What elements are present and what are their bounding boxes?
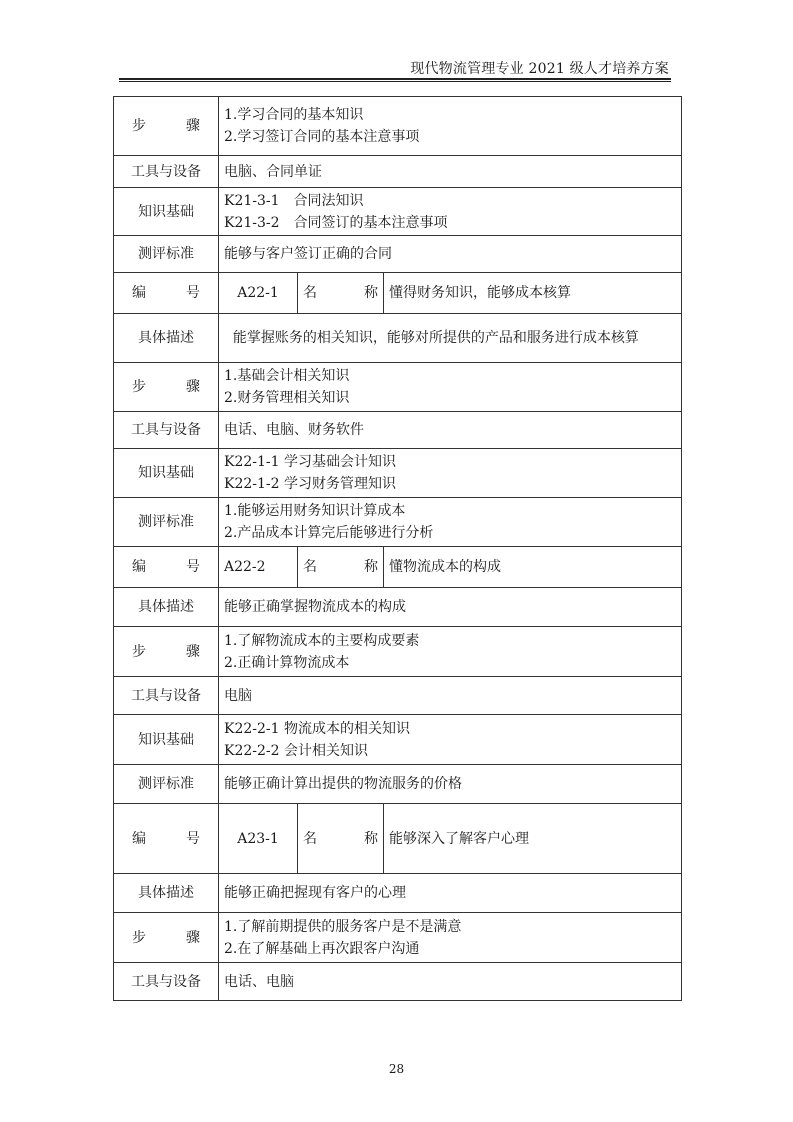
item-code: A23-1: [219, 804, 298, 874]
row-value: 能够与客户签订正确的合同: [219, 236, 682, 273]
table-row: 测评标准能够正确计算出提供的物流服务的价格: [114, 765, 682, 804]
value-line: K22-1-1 学习基础会计知识: [224, 451, 676, 473]
value-line: 2.财务管理相关知识: [224, 387, 676, 409]
table-row: 具体描述能够正确把握现有客户的心理: [114, 874, 682, 913]
row-value: 电话、电脑: [219, 963, 682, 1001]
row-value: 1.学习合同的基本知识2.学习签订合同的基本注意事项: [219, 97, 682, 156]
row-label: 编 号: [114, 547, 219, 588]
row-label: 测评标准: [114, 236, 219, 273]
row-label: 工具与设备: [114, 677, 219, 715]
value-line: 能掌握账务的相关知识，能够对所提供的产品和服务进行成本核算: [224, 327, 676, 349]
value-line: K21-3-1 合同法知识: [224, 190, 676, 212]
value-line: 电脑: [224, 685, 676, 707]
value-line: 2.正确计算物流成本: [224, 652, 676, 674]
value-line: K22-2-1 物流成本的相关知识: [224, 718, 676, 740]
item-name: 懂物流成本的构成: [384, 547, 682, 588]
item-code: A22-2: [219, 547, 298, 588]
row-value: 1.基础会计相关知识2.财务管理相关知识: [219, 363, 682, 412]
row-label: 测评标准: [114, 765, 219, 804]
table-row: 知识基础K21-3-1 合同法知识K21-3-2 合同签订的基本注意事项: [114, 188, 682, 236]
table-row: 具体描述能够正确掌握物流成本的构成: [114, 588, 682, 627]
name-label: 名 称: [298, 804, 384, 874]
row-label: 知识基础: [114, 188, 219, 236]
table-row: 知识基础K22-2-1 物流成本的相关知识K22-2-2 会计相关知识: [114, 715, 682, 765]
row-label: 编 号: [114, 273, 219, 314]
row-label: 步 骤: [114, 913, 219, 963]
value-line: K22-2-2 会计相关知识: [224, 740, 676, 762]
value-line: 1.能够运用财务知识计算成本: [224, 500, 676, 522]
value-line: 能够与客户签订正确的合同: [224, 243, 676, 265]
row-label: 工具与设备: [114, 412, 219, 449]
row-label: 工具与设备: [114, 156, 219, 188]
value-line: 2.产品成本计算完后能够进行分析: [224, 522, 676, 544]
value-line: 电话、电脑、财务软件: [224, 419, 676, 441]
row-label: 具体描述: [114, 874, 219, 913]
value-line: 电话、电脑: [224, 971, 676, 993]
item-code: A22-1: [219, 273, 298, 314]
table-row: 步 骤1.学习合同的基本知识2.学习签订合同的基本注意事项: [114, 97, 682, 156]
row-value: 1.了解物流成本的主要构成要素2.正确计算物流成本: [219, 627, 682, 677]
value-line: 1.了解物流成本的主要构成要素: [224, 630, 676, 652]
table-row: 工具与设备电脑: [114, 677, 682, 715]
value-line: 能够正确计算出提供的物流服务的价格: [224, 773, 676, 795]
row-value: 能够正确计算出提供的物流服务的价格: [219, 765, 682, 804]
table-row: 测评标准1.能够运用财务知识计算成本2.产品成本计算完后能够进行分析: [114, 498, 682, 547]
row-value: 能掌握账务的相关知识，能够对所提供的产品和服务进行成本核算: [219, 314, 682, 363]
row-label: 步 骤: [114, 97, 219, 156]
value-line: 1.学习合同的基本知识: [224, 104, 676, 126]
value-line: 能够正确掌握物流成本的构成: [224, 596, 676, 618]
row-label: 知识基础: [114, 715, 219, 765]
value-line: 电脑、合同单证: [224, 161, 676, 183]
table-row: 编 号A23-1名 称能够深入了解客户心理: [114, 804, 682, 874]
value-line: 2.学习签订合同的基本注意事项: [224, 126, 676, 148]
row-value: K22-2-1 物流成本的相关知识K22-2-2 会计相关知识: [219, 715, 682, 765]
table-row: 步 骤1.基础会计相关知识2.财务管理相关知识: [114, 363, 682, 412]
value-line: 2.在了解基础上再次跟客户沟通: [224, 938, 676, 960]
row-value: 电话、电脑、财务软件: [219, 412, 682, 449]
header-rule-thin: [119, 81, 671, 82]
header-rule: [119, 78, 671, 80]
row-value: K22-1-1 学习基础会计知识K22-1-2 学习财务管理知识: [219, 449, 682, 498]
row-value: 能够正确掌握物流成本的构成: [219, 588, 682, 627]
table-row: 工具与设备电脑、合同单证: [114, 156, 682, 188]
table-row: 步 骤1.了解前期提供的服务客户是不是满意2.在了解基础上再次跟客户沟通: [114, 913, 682, 963]
value-line: K21-3-2 合同签订的基本注意事项: [224, 212, 676, 234]
item-name: 懂得财务知识，能够成本核算: [384, 273, 682, 314]
value-line: 能够正确把握现有客户的心理: [224, 882, 676, 904]
row-value: 电脑、合同单证: [219, 156, 682, 188]
row-label: 编 号: [114, 804, 219, 874]
row-label: 步 骤: [114, 363, 219, 412]
row-value: 1.能够运用财务知识计算成本2.产品成本计算完后能够进行分析: [219, 498, 682, 547]
table-row: 测评标准能够与客户签订正确的合同: [114, 236, 682, 273]
row-label: 知识基础: [114, 449, 219, 498]
value-line: K22-1-2 学习财务管理知识: [224, 473, 676, 495]
item-name: 能够深入了解客户心理: [384, 804, 682, 874]
row-label: 具体描述: [114, 314, 219, 363]
name-label: 名 称: [298, 273, 384, 314]
table-row: 工具与设备电话、电脑、财务软件: [114, 412, 682, 449]
row-value: 能够正确把握现有客户的心理: [219, 874, 682, 913]
table-row: 编 号A22-2名 称懂物流成本的构成: [114, 547, 682, 588]
row-label: 测评标准: [114, 498, 219, 547]
table-body: 步 骤1.学习合同的基本知识2.学习签订合同的基本注意事项工具与设备电脑、合同单…: [114, 97, 682, 1001]
value-line: 1.基础会计相关知识: [224, 365, 676, 387]
table-row: 编 号A22-1名 称懂得财务知识，能够成本核算: [114, 273, 682, 314]
row-value: 1.了解前期提供的服务客户是不是满意2.在了解基础上再次跟客户沟通: [219, 913, 682, 963]
table-row: 具体描述 能掌握账务的相关知识，能够对所提供的产品和服务进行成本核算: [114, 314, 682, 363]
value-line: 1.了解前期提供的服务客户是不是满意: [224, 916, 676, 938]
document-header-title: 现代物流管理专业 2021 级人才培养方案: [410, 58, 669, 78]
row-label: 工具与设备: [114, 963, 219, 1001]
table-row: 工具与设备电话、电脑: [114, 963, 682, 1001]
row-value: 电脑: [219, 677, 682, 715]
row-label: 具体描述: [114, 588, 219, 627]
page-number: 28: [0, 1062, 793, 1076]
table-row: 知识基础K22-1-1 学习基础会计知识K22-1-2 学习财务管理知识: [114, 449, 682, 498]
table-row: 步 骤1.了解物流成本的主要构成要素2.正确计算物流成本: [114, 627, 682, 677]
row-label: 步 骤: [114, 627, 219, 677]
curriculum-table: 步 骤1.学习合同的基本知识2.学习签订合同的基本注意事项工具与设备电脑、合同单…: [113, 96, 682, 1001]
row-value: K21-3-1 合同法知识K21-3-2 合同签订的基本注意事项: [219, 188, 682, 236]
name-label: 名 称: [298, 547, 384, 588]
